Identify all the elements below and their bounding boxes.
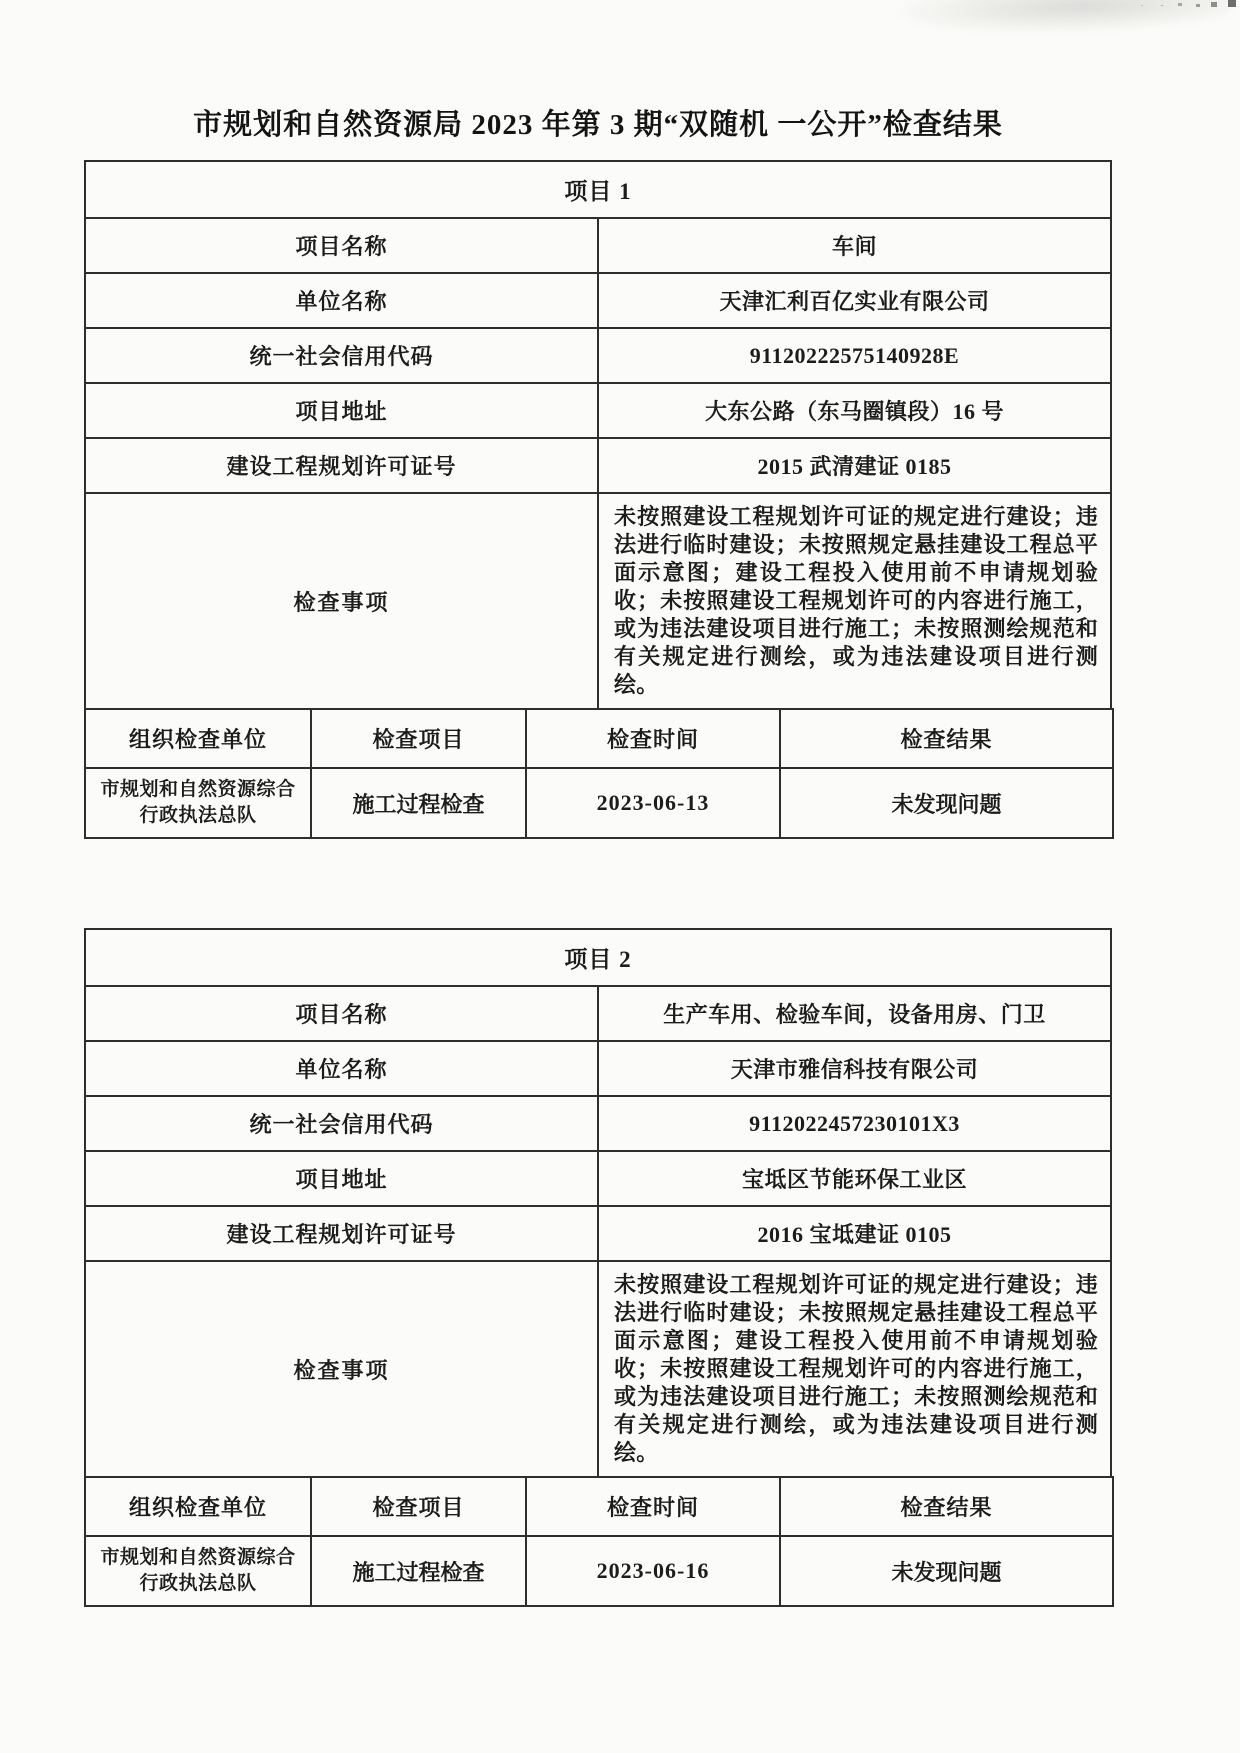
table-row: 检查事项 未按照建设工程规划许可证的规定进行建设；违法进行临时建设；未按照规定悬… <box>85 1261 1111 1477</box>
label-permit-no: 建设工程规划许可证号 <box>85 1206 598 1261</box>
project-1-header: 项目 1 <box>85 161 1111 218</box>
value-inspection-time: 2023-06-13 <box>526 768 780 838</box>
label-project-name: 项目名称 <box>85 986 598 1041</box>
table-row: 项目 2 <box>85 929 1111 986</box>
table-row: 市规划和自然资源综合行政执法总队 施工过程检查 2023-06-13 未发现问题 <box>85 768 1113 838</box>
column-header-org-unit: 组织检查单位 <box>85 1477 311 1536</box>
table-row: 建设工程规划许可证号 2015 武清建证 0185 <box>85 438 1111 493</box>
value-project-address: 宝坻区节能环保工业区 <box>598 1151 1111 1206</box>
value-project-name: 车间 <box>598 218 1111 273</box>
table-row: 项目 1 <box>85 161 1111 218</box>
value-inspection-items: 未按照建设工程规划许可证的规定进行建设；违法进行临时建设；未按照规定悬挂建设工程… <box>598 493 1111 709</box>
table-row: 组织检查单位 检查项目 检查时间 检查结果 <box>85 709 1113 768</box>
document-title: 市规划和自然资源局 2023 年第 3 期“双随机 一公开”检查结果 <box>84 102 1112 143</box>
value-credit-code: 9112022457230101X3 <box>598 1096 1111 1151</box>
value-inspection-project: 施工过程检查 <box>311 768 526 838</box>
table-row: 市规划和自然资源综合行政执法总队 施工过程检查 2023-06-16 未发现问题 <box>85 1536 1113 1606</box>
value-inspection-time: 2023-06-16 <box>526 1536 780 1606</box>
label-credit-code: 统一社会信用代码 <box>85 1096 598 1151</box>
table-row: 项目名称 车间 <box>85 218 1111 273</box>
column-header-inspection-result: 检查结果 <box>780 709 1113 768</box>
label-permit-no: 建设工程规划许可证号 <box>85 438 598 493</box>
table-row: 项目地址 宝坻区节能环保工业区 <box>85 1151 1111 1206</box>
project-2-section: 项目 2 项目名称 生产车用、检验车间，设备用房、门卫 单位名称 天津市雅信科技… <box>84 928 1112 1607</box>
label-inspection-items: 检查事项 <box>85 1261 598 1477</box>
value-unit-name: 天津市雅信科技有限公司 <box>598 1041 1111 1096</box>
value-org-unit: 市规划和自然资源综合行政执法总队 <box>85 1536 311 1606</box>
value-project-name: 生产车用、检验车间，设备用房、门卫 <box>598 986 1111 1041</box>
column-header-inspection-project: 检查项目 <box>311 709 526 768</box>
column-header-inspection-time: 检查时间 <box>526 1477 780 1536</box>
value-inspection-items: 未按照建设工程规划许可证的规定进行建设；违法进行临时建设；未按照规定悬挂建设工程… <box>598 1261 1111 1477</box>
table-row: 项目名称 生产车用、检验车间，设备用房、门卫 <box>85 986 1111 1041</box>
label-unit-name: 单位名称 <box>85 273 598 328</box>
value-org-unit: 市规划和自然资源综合行政执法总队 <box>85 768 311 838</box>
label-credit-code: 统一社会信用代码 <box>85 328 598 383</box>
column-header-inspection-result: 检查结果 <box>780 1477 1113 1536</box>
project-1-section: 项目 1 项目名称 车间 单位名称 天津汇利百亿实业有限公司 统一社会信用代码 … <box>84 160 1112 839</box>
column-header-inspection-time: 检查时间 <box>526 709 780 768</box>
scan-corner-marks <box>1228 0 1236 7</box>
label-project-address: 项目地址 <box>85 1151 598 1206</box>
table-row: 检查事项 未按照建设工程规划许可证的规定进行建设；违法进行临时建设；未按照规定悬… <box>85 493 1111 709</box>
value-unit-name: 天津汇利百亿实业有限公司 <box>598 273 1111 328</box>
table-row: 单位名称 天津汇利百亿实业有限公司 <box>85 273 1111 328</box>
project-2-result-table: 组织检查单位 检查项目 检查时间 检查结果 市规划和自然资源综合行政执法总队 施… <box>84 1476 1114 1607</box>
table-row: 建设工程规划许可证号 2016 宝坻建证 0105 <box>85 1206 1111 1261</box>
table-row: 统一社会信用代码 9112022457230101X3 <box>85 1096 1111 1151</box>
project-2-header: 项目 2 <box>85 929 1111 986</box>
value-inspection-result: 未发现问题 <box>780 768 1113 838</box>
value-inspection-result: 未发现问题 <box>780 1536 1113 1606</box>
label-project-name: 项目名称 <box>85 218 598 273</box>
project-1-result-table: 组织检查单位 检查项目 检查时间 检查结果 市规划和自然资源综合行政执法总队 施… <box>84 708 1114 839</box>
value-inspection-project: 施工过程检查 <box>311 1536 526 1606</box>
label-inspection-items: 检查事项 <box>85 493 598 709</box>
column-header-inspection-project: 检查项目 <box>311 1477 526 1536</box>
column-header-org-unit: 组织检查单位 <box>85 709 311 768</box>
project-2-table: 项目 2 项目名称 生产车用、检验车间，设备用房、门卫 单位名称 天津市雅信科技… <box>84 928 1112 1478</box>
value-permit-no: 2016 宝坻建证 0105 <box>598 1206 1111 1261</box>
table-row: 项目地址 大东公路（东马圈镇段）16 号 <box>85 383 1111 438</box>
value-permit-no: 2015 武清建证 0185 <box>598 438 1111 493</box>
value-credit-code: 91120222575140928E <box>598 328 1111 383</box>
scan-smudge-artifact <box>899 0 1230 38</box>
table-row: 统一社会信用代码 91120222575140928E <box>85 328 1111 383</box>
table-row: 单位名称 天津市雅信科技有限公司 <box>85 1041 1111 1096</box>
label-unit-name: 单位名称 <box>85 1041 598 1096</box>
value-project-address: 大东公路（东马圈镇段）16 号 <box>598 383 1111 438</box>
label-project-address: 项目地址 <box>85 383 598 438</box>
project-1-table: 项目 1 项目名称 车间 单位名称 天津汇利百亿实业有限公司 统一社会信用代码 … <box>84 160 1112 710</box>
table-row: 组织检查单位 检查项目 检查时间 检查结果 <box>85 1477 1113 1536</box>
